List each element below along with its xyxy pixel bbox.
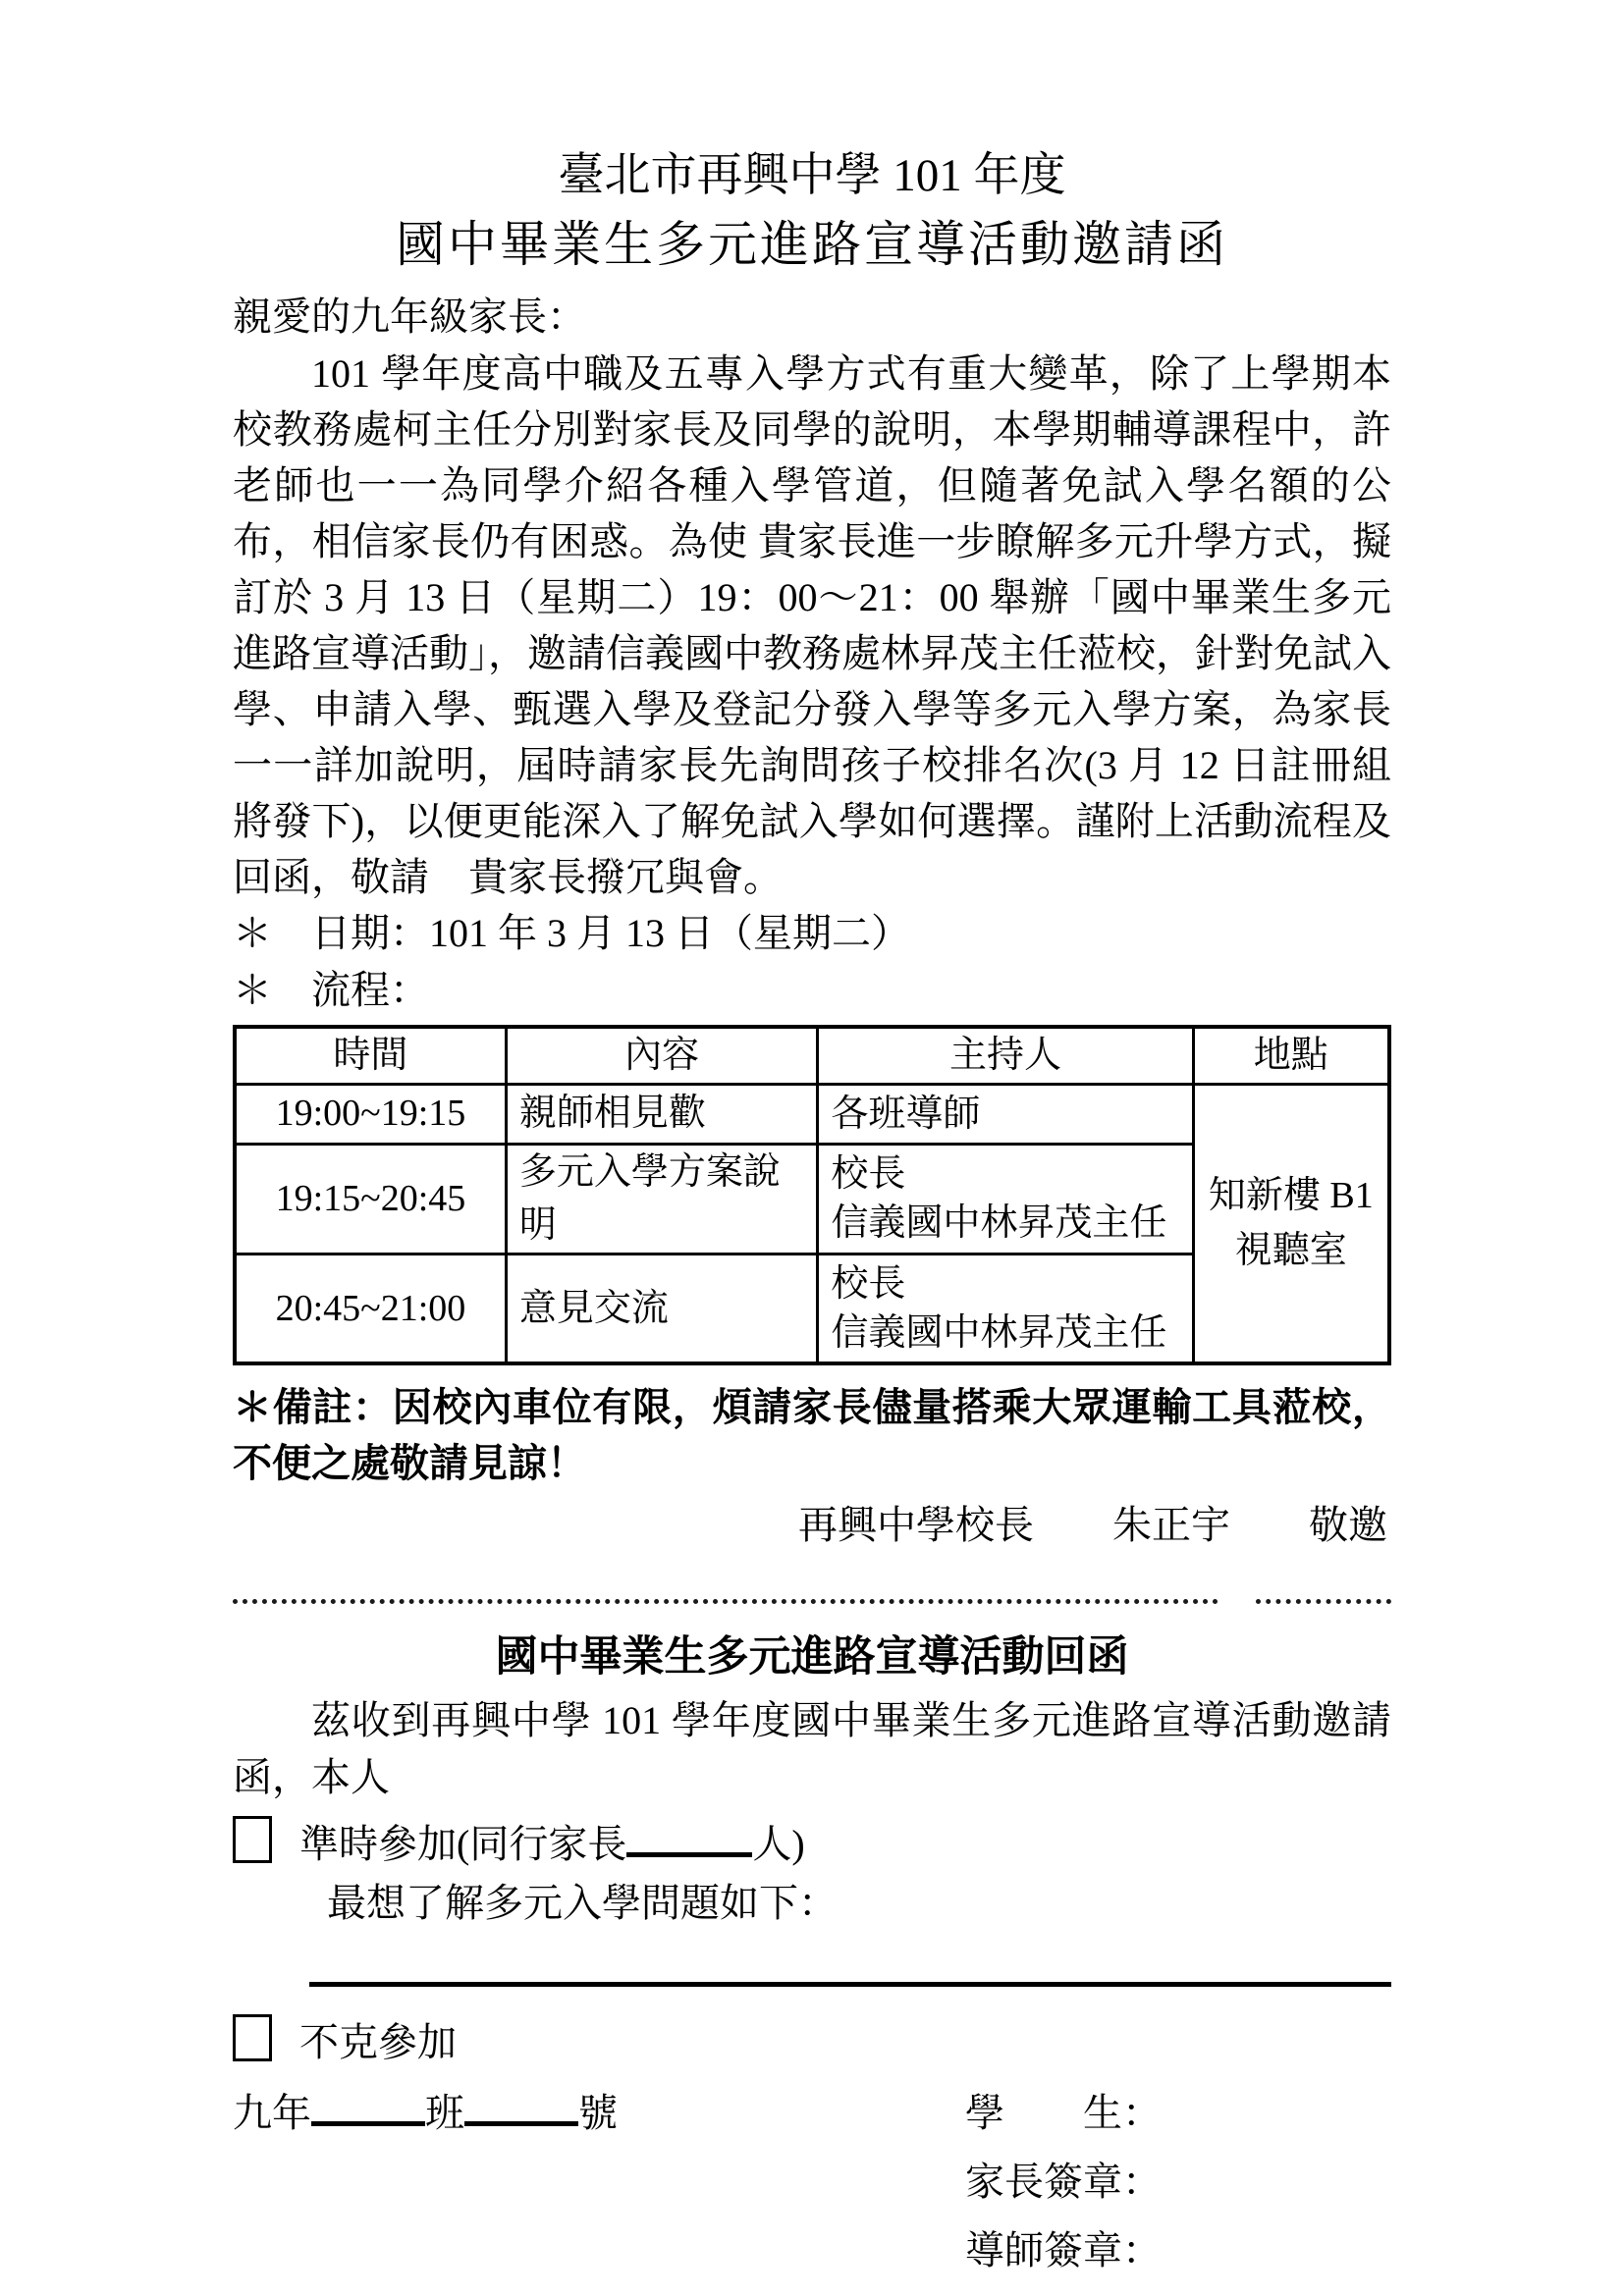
- signature-text: 再興中學校長 朱正宇 敬邀: [233, 1497, 1391, 1553]
- teacher-sig-label: 導師簽章：: [965, 2216, 1391, 2285]
- signature-block: 學 生： 家長簽章： 導師簽章：: [965, 2079, 1391, 2285]
- table-header-row: 時間 內容 主持人 地點: [235, 1027, 1389, 1084]
- cell-content: 意見交流: [506, 1255, 818, 1364]
- decline-option-line: 不克參加: [233, 2012, 1391, 2073]
- cell-host: 校長 信義國中林昇茂主任: [818, 1144, 1193, 1254]
- attend-option-line: 準時參加(同行家長人): [233, 1814, 1391, 1875]
- cell-time: 19:00~19:15: [235, 1084, 506, 1144]
- number-label: 號: [578, 2091, 618, 2135]
- page-subtitle: 國中畢業生多元進路宣導活動邀請函: [233, 212, 1391, 277]
- header-location: 地點: [1193, 1027, 1389, 1084]
- cell-content: 親師相見歡: [506, 1084, 818, 1144]
- note-text: ＊備註：因校內車位有限，煩請家長儘量搭乘大眾運輸工具蒞校，不便之處敬請見諒！: [233, 1379, 1391, 1491]
- cell-time: 20:45~21:00: [235, 1255, 506, 1364]
- header-time: 時間: [235, 1027, 506, 1084]
- flow-line: ＊ 流程：: [233, 962, 1391, 1019]
- number-blank[interactable]: [464, 2120, 578, 2126]
- cell-time: 19:15~20:45: [235, 1144, 506, 1254]
- grade-prefix: 九年: [233, 2091, 311, 2135]
- header-host: 主持人: [818, 1027, 1193, 1084]
- header-content: 內容: [506, 1027, 818, 1084]
- parent-sig-label: 家長簽章：: [965, 2148, 1391, 2216]
- grade-class-line: 九年班號: [233, 2079, 618, 2285]
- bottom-row: 九年班號 學 生： 家長簽章： 導師簽章：: [233, 2079, 1391, 2285]
- attend-option-label: 準時參加(同行家長: [299, 1822, 626, 1866]
- cell-location: 知新樓 B1 視聽室: [1193, 1084, 1389, 1363]
- date-line: ＊ 日期：101 年 3 月 13 日（星期二）: [233, 905, 1391, 962]
- location-line1: 知新樓 B1: [1195, 1168, 1387, 1223]
- schedule-table: 時間 內容 主持人 地點 19:00~19:15 親師相見歡 各班導師 知新樓 …: [233, 1025, 1391, 1365]
- salutation: 親愛的九年級家長：: [233, 289, 1391, 346]
- dotted-separator: [233, 1592, 1391, 1604]
- attend-option-suffix: 人): [752, 1822, 804, 1866]
- reply-heading: 國中畢業生多元進路宣導活動回函: [233, 1628, 1391, 1688]
- dotted-segment-short: [1256, 1594, 1391, 1604]
- body-paragraph: 101 學年度高中職及五專入學方式有重大變革，除了上學期本校教務處柯主任分別對家…: [233, 346, 1391, 905]
- page-title: 臺北市再興中學 101 年度: [233, 145, 1391, 206]
- host-line2: 信義國中林昇茂主任: [831, 1199, 1191, 1248]
- reply-intro: 茲收到再興中學 101 學年度國中畢業生多元進路宣導活動邀請函，本人: [233, 1692, 1391, 1806]
- host-line1: 校長: [831, 1259, 1191, 1308]
- student-sig-label: 學 生：: [965, 2079, 1391, 2148]
- location-line2: 視聽室: [1195, 1223, 1387, 1278]
- dotted-segment-long: [233, 1594, 1218, 1604]
- decline-checkbox[interactable]: [233, 2014, 272, 2061]
- parent-count-blank[interactable]: [626, 1851, 752, 1857]
- decline-option-label: 不克參加: [299, 2020, 457, 2064]
- class-blank[interactable]: [311, 2120, 425, 2126]
- answer-line[interactable]: [309, 1982, 1391, 1987]
- cell-content: 多元入學方案說明: [506, 1144, 818, 1254]
- attend-question: 最想了解多元入學問題如下：: [327, 1875, 1391, 1931]
- cell-host: 各班導師: [818, 1084, 1193, 1144]
- cell-host: 校長 信義國中林昇茂主任: [818, 1255, 1193, 1364]
- class-label: 班: [425, 2091, 464, 2135]
- host-line2: 信義國中林昇茂主任: [831, 1308, 1191, 1358]
- document-page: 臺北市再興中學 101 年度 國中畢業生多元進路宣導活動邀請函 親愛的九年級家長…: [0, 0, 1624, 2296]
- host-line1: 校長: [831, 1149, 1191, 1199]
- table-row: 19:00~19:15 親師相見歡 各班導師 知新樓 B1 視聽室: [235, 1084, 1389, 1144]
- attend-checkbox[interactable]: [233, 1816, 272, 1863]
